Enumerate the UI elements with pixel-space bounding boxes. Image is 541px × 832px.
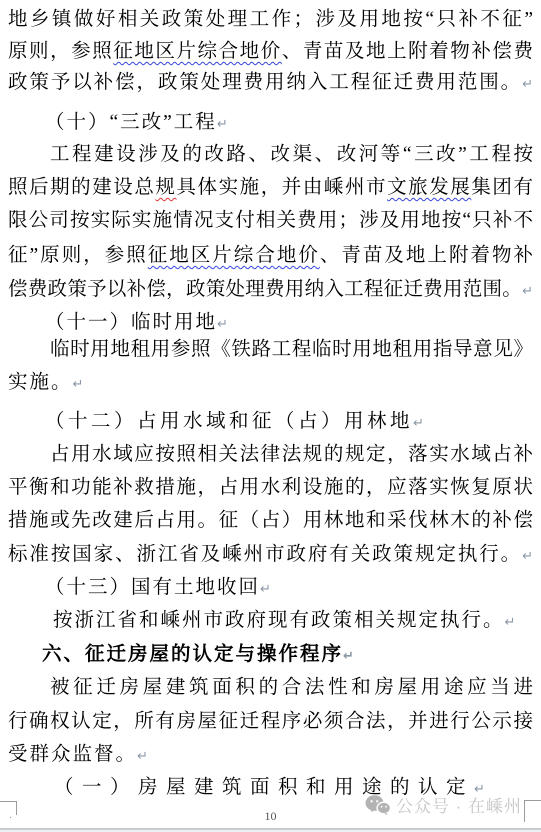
paragraph-mark: ↵ (343, 649, 354, 664)
text-line: 占用水域应按照相关法律法规的规定，落实水域占补 (8, 439, 533, 471)
text-line: 原则，参照征地区片综合地价、青苗及地上附着物补偿费 (8, 36, 533, 68)
paragraph-mark: ↵ (522, 549, 533, 564)
text-segment: 按浙江省和嵊州市政府现有政策相关规定执行。 (53, 610, 505, 631)
text-line: 行确权认定，所有房屋征迁程序必须合法，并进行公示接 (8, 706, 533, 738)
text-line: 措施或先改建后占用。征（占）用林地和采伐林木的补偿 (8, 505, 533, 537)
text-line: 受群众监督。↵ (8, 739, 533, 771)
document-page: 地乡镇做好相关政策处理工作；涉及用地按“只补不征” 原则，参照征地区片综合地价、… (0, 0, 541, 832)
text-segment: 限公司按实际实施情况支付相关费用；涉及用地按“只补不 (8, 210, 533, 231)
paragraph-mark: ↵ (217, 117, 228, 132)
paragraph-mark: ↵ (505, 615, 516, 630)
text-line-heading: （十二）占用水域和征（占）用林地↵ (8, 406, 533, 438)
text-segment: 措施或先改建后占用。征（占）用林地和采伐林木的补偿 (8, 510, 533, 531)
text-line: 平衡和功能补救措施，占用水利设施的，应落实恢复原状 (8, 472, 533, 504)
spellcheck-underline-red: 规 (155, 177, 176, 198)
text-line: 限公司按实际实施情况支付相关费用；涉及用地按“只补不 (8, 205, 533, 237)
text-segment: （十三）国有土地收回 (45, 577, 260, 598)
paragraph-mark: ↵ (137, 749, 148, 764)
text-segment: 受群众监督。 (8, 744, 137, 765)
text-segment: 集团有 (471, 177, 533, 198)
text-line: 临时用地租用参照《铁路工程临时用地租用指导意见》 (8, 334, 533, 366)
text-segment: 行确权认定，所有房屋征迁程序必须合法，并进行公示接 (8, 711, 533, 732)
text-segment: 实施。 (8, 372, 73, 393)
paragraph-mark: ↵ (260, 582, 271, 597)
text-segment: （十一）临时用地 (45, 312, 217, 333)
text-segment: 偿费政策予以补偿，政策处理费用纳入工程征迁费用范围。 (8, 279, 522, 300)
text-segment: 地乡镇做好相关政策处理工作；涉及用地按“只补不征” (8, 9, 533, 30)
text-line: 照后期的建设总规具体实施，并由嵊州市文旅发展集团有 (8, 172, 533, 204)
paragraph-mark: ↵ (413, 416, 424, 431)
text-segment: 被征迁房屋建筑面积的合法性和房屋用途应当进 (50, 677, 533, 698)
text-segment: 、青苗及地上附着物补 (320, 245, 533, 266)
section-heading: 六、征迁房屋的认定与操作程序↵ (8, 639, 533, 671)
text-segment: （十）“三改”工程 (45, 112, 217, 133)
text-segment: 占用水域应按照相关法律法规的规定，落实水域占补 (50, 444, 533, 465)
text-line: 征”原则，参照征地区片综合地价、青苗及地上附着物补 (8, 240, 533, 272)
text-line: 实施。↵ (8, 367, 533, 399)
watermark-text: 公众号 · 在嵊州 (396, 792, 522, 817)
spellcheck-underline-blue: 征地区片综合地价 (148, 245, 320, 266)
wechat-icon (365, 795, 391, 815)
watermark: 公众号 · 在嵊州 (365, 792, 522, 817)
text-segment: 六、征迁房屋的认定与操作程序 (42, 643, 343, 665)
paragraph-mark: ↵ (73, 377, 84, 392)
text-segment: 平衡和功能补救措施，占用水利设施的，应落实恢复原状 (8, 477, 533, 498)
text-segment: 照后期的建设总 (8, 177, 155, 198)
text-line: 被征迁房屋建筑面积的合法性和房屋用途应当进 (8, 672, 533, 704)
text-segment: （十二）占用水域和征（占）用林地 (45, 411, 413, 432)
text-line: 偿费政策予以补偿，政策处理费用纳入工程征迁费用范围。↵ (8, 274, 533, 306)
text-segment: 原则，参照 (8, 41, 113, 62)
text-line: 政策予以补偿，政策处理费用纳入工程征迁费用范围。↵ (8, 67, 533, 99)
page-bottom-edge (0, 827, 541, 832)
text-segment: 工程建设涉及的改路、改渠、改河等“三改”工程按 (50, 144, 533, 165)
text-segment: 临时用地租用参照《铁路工程临时用地租用指导意见》 (50, 339, 533, 360)
text-line-heading: （十三）国有土地收回↵ (8, 572, 533, 604)
text-segment: 征”原则，参照 (8, 245, 148, 266)
paragraph-mark: ↵ (522, 284, 533, 299)
text-segment: 标准按国家、浙江省及嵊州市政府有关政策规定执行。 (8, 544, 522, 565)
text-segment: 政策予以补偿，政策处理费用纳入工程征迁费用范围。 (8, 72, 522, 93)
spellcheck-underline-blue: 文旅发展 (387, 177, 471, 198)
text-line: 工程建设涉及的改路、改渠、改河等“三改”工程按 (8, 139, 533, 171)
text-line: 地乡镇做好相关政策处理工作；涉及用地按“只补不征” (8, 4, 533, 36)
paragraph-mark: ↵ (217, 317, 228, 332)
text-line-heading: （十）“三改”工程↵ (8, 107, 533, 139)
text-line: 标准按国家、浙江省及嵊州市政府有关政策规定执行。↵ (8, 539, 533, 571)
text-line: 按浙江省和嵊州市政府现有政策相关规定执行。↵ (8, 605, 533, 637)
text-segment: 、青苗及地上附着物补偿费 (282, 41, 533, 62)
text-segment: 具体实施，并由嵊州市 (176, 177, 387, 198)
paragraph-mark: ↵ (522, 77, 533, 92)
spellcheck-underline-blue: 征地区片综合地价 (113, 41, 282, 62)
